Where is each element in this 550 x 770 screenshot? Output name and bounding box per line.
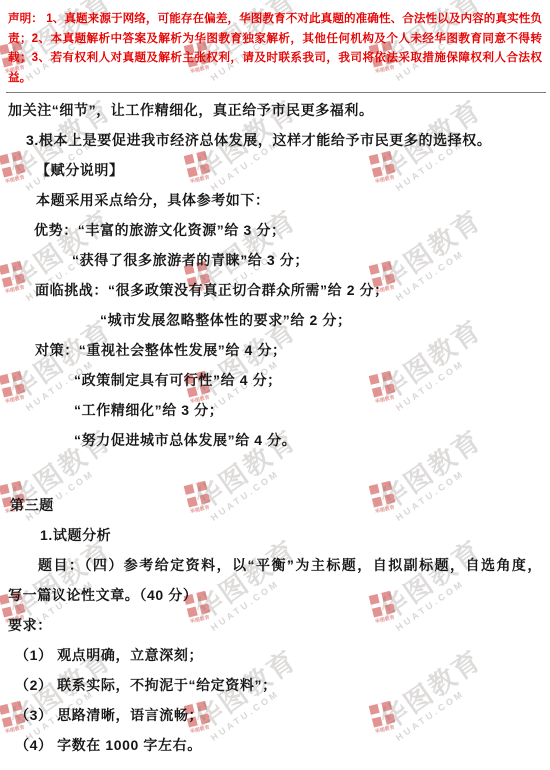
- paragraph: （1） 观点明确，立意深刻；: [8, 640, 542, 670]
- paragraph: 写一篇议论性文章。（40 分）: [8, 580, 542, 610]
- paragraph: 1.试题分析: [8, 520, 542, 550]
- paragraph: 优势：“丰富的旅游文化资源”给 3 分；: [8, 215, 542, 245]
- paragraph: 对策：“重视社会整体性发展”给 4 分；: [8, 335, 542, 365]
- paragraph: （2） 联系实际，不拘泥于“给定资料”；: [8, 670, 542, 700]
- document-page: 华图教育华图教育HUATU.COM华图教育华图教育HUATU.COM华图教育华图…: [0, 0, 550, 770]
- paragraph: “城市发展忽略整体性的要求”给 2 分；: [8, 305, 542, 335]
- paragraph: 【赋分说明】: [8, 155, 542, 185]
- paragraph: 第三题: [8, 490, 542, 520]
- paragraph: 题目：（四）参考给定资料，以“平衡”为主标题，自拟副标题，自选角度，: [8, 550, 542, 580]
- disclaimer-text: 声明： 1、真题来源于网络，可能存在偏差，华图教育不对此真题的准确性、合法性以及…: [8, 9, 542, 87]
- paragraph: “政策制定具有可行性”给 4 分；: [8, 365, 542, 395]
- paragraph: （3） 思路清晰，语言流畅；: [8, 700, 542, 730]
- document-body: 加关注“细节”，让工作精细化，真正给予市民更多福利。3.根本上是要促进我市经济总…: [8, 95, 542, 760]
- paragraph: 要求：: [8, 610, 542, 640]
- paragraph: 本题采用采点给分，具体参考如下：: [8, 185, 542, 215]
- paragraph: （4） 字数在 1000 字左右。: [8, 730, 542, 760]
- paragraph: “努力促进城市总体发展”给 4 分。: [8, 425, 542, 455]
- paragraph: “工作精细化”给 3 分；: [8, 395, 542, 425]
- paragraph: 面临挑战：“很多政策没有真正切合群众所需”给 2 分；: [8, 275, 542, 305]
- paragraph: 3.根本上是要促进我市经济总体发展，这样才能给予市民更多的选择权。: [8, 125, 542, 155]
- paragraph: “获得了很多旅游者的青睐”给 3 分；: [8, 245, 542, 275]
- document-content: 声明： 1、真题来源于网络，可能存在偏差，华图教育不对此真题的准确性、合法性以及…: [0, 0, 550, 760]
- paragraph: 加关注“细节”，让工作精细化，真正给予市民更多福利。: [8, 95, 542, 125]
- separator-line: [6, 92, 546, 93]
